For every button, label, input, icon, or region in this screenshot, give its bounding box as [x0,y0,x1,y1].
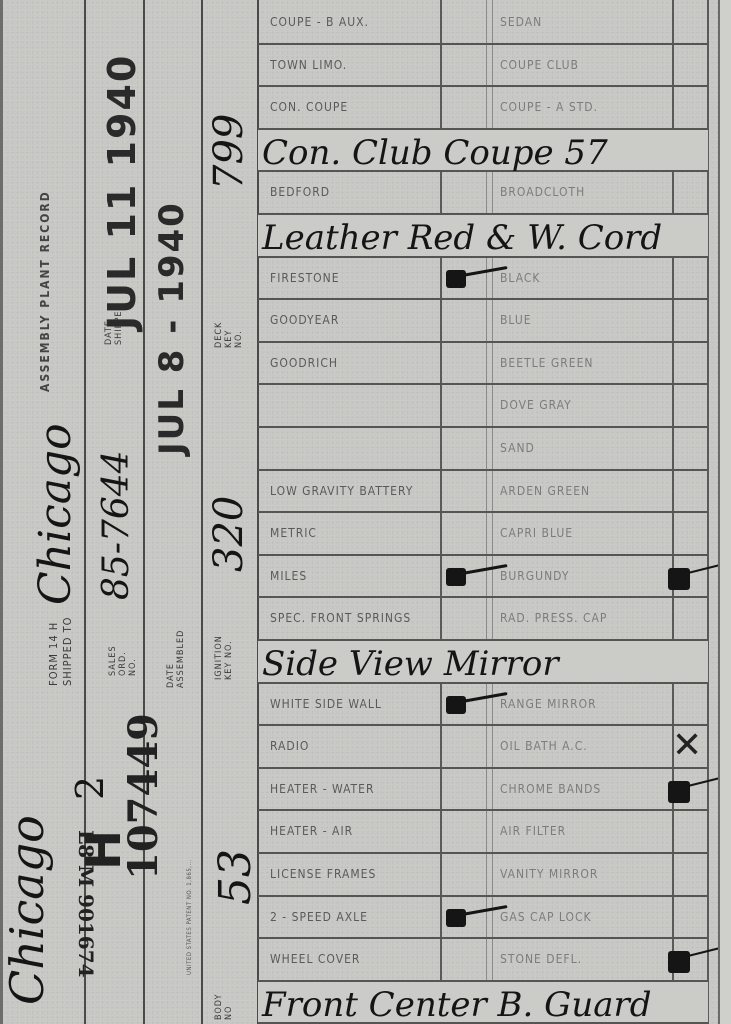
handwritten-entry: Side View Mirror [262,641,559,683]
option-row: COUPE - B AUX.SEDAN [258,2,708,45]
serial-prefix: H [76,830,132,870]
option-row: MILESBURGUNDY [258,556,708,599]
handwritten-entry-row: Con. Club Coupe 57 [258,130,708,173]
deck-key-value: 799 [206,114,252,190]
option-row: CON. COUPECOUPE - A STD. [258,87,708,130]
option-label-left: METRIC [270,513,445,553]
serial-suffix-handwritten: 2 [68,776,112,800]
left-check-mark-icon [446,696,466,714]
assembly-plant-record-card: ASSEMBLY PLANT RECORD FORM 14 H SHIPPED … [0,0,731,1024]
option-label-right: BLACK [500,258,670,298]
option-label-left: WHEEL COVER [270,939,445,979]
option-label-left [270,428,445,468]
handwritten-entry-row: Front Center B. Guard [258,982,708,1024]
option-row: WHEEL COVERSTONE DEFL. [258,939,708,982]
option-row: TOWN LIMO.COUPE CLUB [258,45,708,88]
shipped-to-value: Chicago [30,423,81,605]
option-label-right: BEETLE GREEN [500,343,670,383]
option-label-left: BEDFORD [270,172,445,212]
handwritten-entry-row: Side View Mirror [258,641,708,684]
option-label-right: SEDAN [500,2,670,42]
option-row: WHITE SIDE WALLRANGE MIRROR [258,684,708,727]
x-mark-icon: ✕ [672,728,702,764]
handwritten-entry: Leather Red & W. Cord [262,215,662,257]
strip-divider-3 [201,0,203,1024]
option-label-right: ARDEN GREEN [500,471,670,511]
right-check-mark-icon [668,951,690,973]
left-check-mark-icon [446,270,466,288]
options-table: COUPE - B AUX.SEDANTOWN LIMO.COUPE CLUBC… [258,0,718,1024]
right-check-mark-icon [668,781,690,803]
option-label-left: WHITE SIDE WALL [270,684,445,724]
handwritten-entry-row: Leather Red & W. Cord [258,215,708,258]
left-check-mark-icon [446,909,466,927]
plant-signature: Chicago [0,815,54,1005]
card-right-edge [718,0,731,1024]
right-check-tail-icon [688,777,721,787]
patent-fine-print: UNITED STATES PATENT NO. 1,865,... [186,859,193,975]
option-row: METRICCAPRI BLUE [258,513,708,556]
sales-order-label: SALES ORD. NO. [108,636,138,676]
option-label-left: HEATER - AIR [270,811,445,851]
deck-key-label: DECK KEY NO. [214,314,244,348]
handwritten-entry: Front Center B. Guard [262,982,652,1024]
shipped-to-label: SHIPPED TO [62,617,74,686]
form-title: ASSEMBLY PLANT RECORD [38,190,52,392]
option-label-right: BURGUNDY [500,556,670,596]
option-row: RADIOOIL BATH A.C.✕ [258,726,708,769]
date-assembled-value: JUL 8 - 1940 [152,201,192,455]
option-row: LOW GRAVITY BATTERYARDEN GREEN [258,471,708,514]
option-label-right: BROADCLOTH [500,172,670,212]
right-check-tail-icon [688,564,721,574]
option-label-left: GOODRICH [270,343,445,383]
option-row: SAND [258,428,708,471]
handwritten-entry: Con. Club Coupe 57 [262,130,608,172]
form-number: FORM 14 H [48,622,60,686]
option-label-right: OIL BATH A.C. [500,726,670,766]
option-label-right: VANITY MIRROR [500,854,670,894]
option-label-left: MILES [270,556,445,596]
option-label-left: SPEC. FRONT SPRINGS [270,598,445,638]
option-label-left: CON. COUPE [270,87,445,127]
option-label-left: 2 - SPEED AXLE [270,897,445,937]
option-label-right: COUPE - A STD. [500,87,670,127]
option-row: HEATER - WATERCHROME BANDS [258,769,708,812]
option-label-right: GAS CAP LOCK [500,897,670,937]
date-assembled-label: DATE ASSEMBLED [166,628,186,688]
option-label-right: AIR FILTER [500,811,670,851]
option-label-right: CAPRI BLUE [500,513,670,553]
option-label-left: TOWN LIMO. [270,45,445,85]
option-label-right: DOVE GRAY [500,385,670,425]
option-row: FIRESTONEBLACK [258,258,708,301]
body-no-label: BODY NO [214,994,234,1020]
option-row: 2 - SPEED AXLEGAS CAP LOCK [258,897,708,940]
option-label-right: BLUE [500,300,670,340]
option-label-right: SAND [500,428,670,468]
option-label-right: STONE DEFL. [500,939,670,979]
body-no-value: 53 [210,849,261,905]
option-label-left: LICENSE FRAMES [270,854,445,894]
option-row: BEDFORDBROADCLOTH [258,172,708,215]
sales-order-value: 85-7644 [96,450,137,600]
option-label-left [270,385,445,425]
option-label-left: HEATER - WATER [270,769,445,809]
option-row: LICENSE FRAMESVANITY MIRROR [258,854,708,897]
right-check-mark-icon [668,568,690,590]
option-row: SPEC. FRONT SPRINGSRAD. PRESS. CAP [258,598,708,641]
option-row: GOODRICHBEETLE GREEN [258,343,708,386]
right-check-tail-icon [688,947,721,957]
option-row: GOODYEARBLUE [258,300,708,343]
ignition-key-value: 320 [206,496,252,572]
date-shipped-value: JUL 11 1940 [100,54,144,330]
option-label-left: RADIO [270,726,445,766]
option-row: HEATER - AIRAIR FILTER [258,811,708,854]
left-check-mark-icon [446,568,466,586]
option-label-left: LOW GRAVITY BATTERY [270,471,445,511]
option-label-left: COUPE - B AUX. [270,2,445,42]
option-label-right: RAD. PRESS. CAP [500,598,670,638]
option-row: DOVE GRAY [258,385,708,428]
ignition-key-label: IGNITION KEY NO. [214,630,234,680]
option-label-right: RANGE MIRROR [500,684,670,724]
option-label-right: CHROME BANDS [500,769,670,809]
option-label-left: GOODYEAR [270,300,445,340]
option-label-left: FIRESTONE [270,258,445,298]
option-label-right: COUPE CLUB [500,45,670,85]
